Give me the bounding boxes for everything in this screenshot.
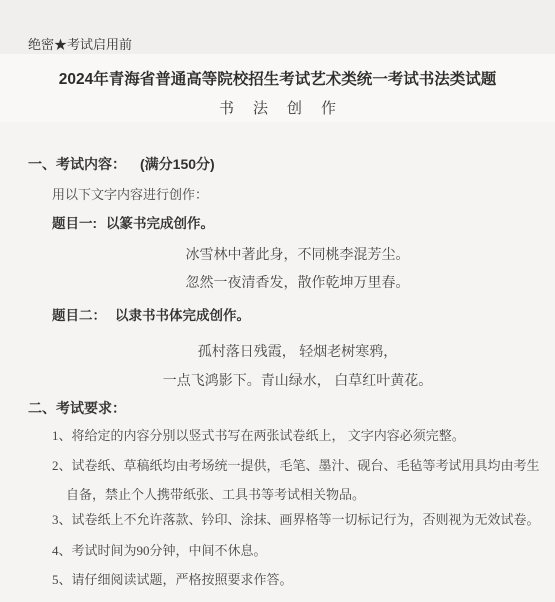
topic1-line: 题目一:以篆书完成创作。: [52, 212, 214, 232]
section2-heading: 二、考试要求：: [28, 398, 126, 418]
exam-paper-page: 绝密★考试启用前 2024年青海省普通高等院校招生考试艺术类统一考试书法类试题 …: [0, 0, 555, 602]
poem1-line1: 冰雪林中著此身，不同桃李混芳尘。: [40, 244, 555, 264]
exam-title: 2024年青海省普通高等院校招生考试艺术类统一考试书法类试题: [0, 67, 555, 89]
requirement-item-4: 4、考试时间为90分钟，中间不休息。: [52, 536, 546, 565]
topic2-label: 题目二：: [52, 308, 106, 323]
poem2-line1: 孤村落日残霞， 轻烟老树寒鸦，: [40, 341, 555, 361]
poem2-line2: 一点飞鸿影下。青山绿水， 白草红叶黄花。: [40, 370, 555, 390]
score-note: (满分150分): [140, 156, 215, 172]
intro-line: 用以下文字内容进行创作：: [52, 184, 208, 203]
exam-subtitle: 书 法 创 作: [0, 97, 555, 118]
topic2-line: 题目二：以隶书书体完成创作。: [52, 304, 250, 324]
requirement-item-2: 2、试卷纸、草稿纸均由考场统一提供，毛笔、墨汁、砚台、毛毡等考试用具均由考生自备…: [52, 451, 546, 509]
topic1-text: 以篆书完成创作。: [106, 216, 214, 231]
requirement-item-5: 5、请仔细阅读试题，严格按照要求作答。: [52, 565, 546, 594]
topic2-text: 以隶书书体完成创作。: [115, 308, 250, 323]
section1-heading: 一、考试内容：(满分150分): [28, 154, 215, 174]
requirement-item-1: 1、将给定的内容分别以竖式书写在两张试卷纸上， 文字内容必须完整。: [52, 421, 546, 450]
poem1-line2: 忽然一夜清香发，散作乾坤万里春。: [40, 272, 555, 292]
topic1-label: 题目一:: [52, 216, 97, 231]
requirement-item-3: 3、试卷纸上不允许落款、钤印、涂抹、画界格等一切标记行为，否则视为无效试卷。: [52, 505, 546, 534]
classification-banner: 绝密★考试启用前: [28, 34, 132, 53]
section1-heading-label: 一、考试内容：: [28, 156, 126, 172]
